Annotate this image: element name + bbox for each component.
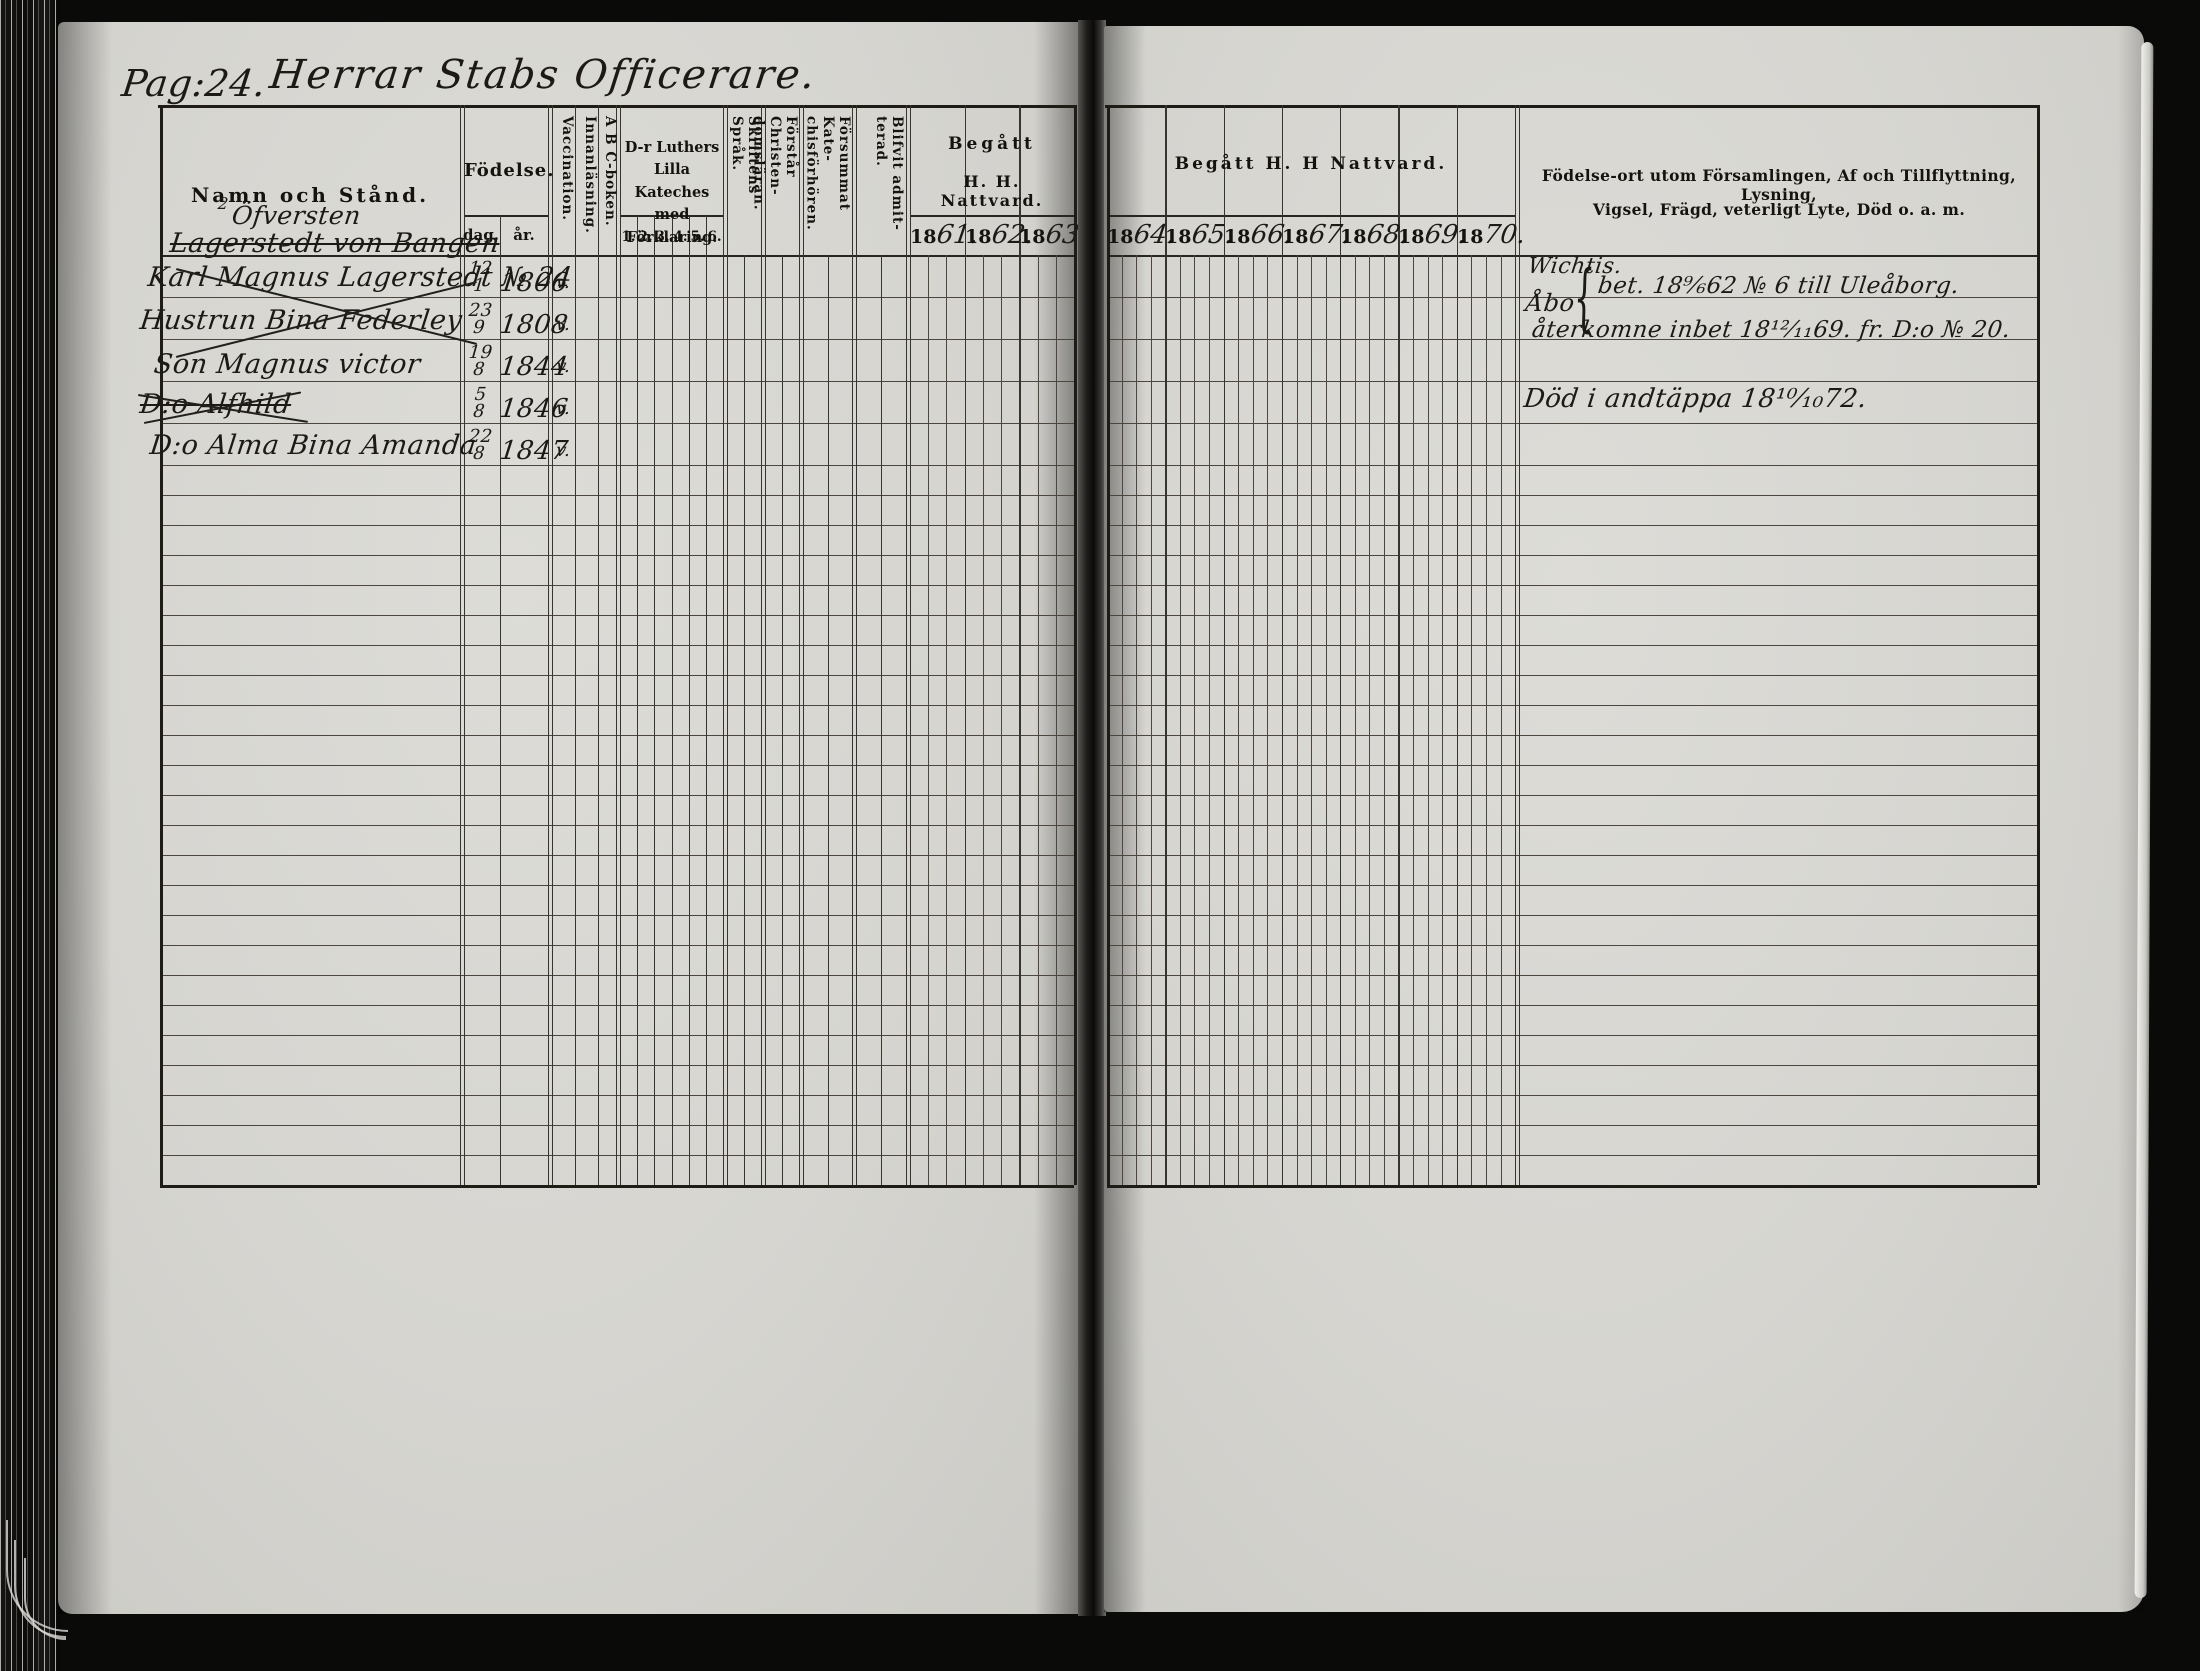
grid-line xyxy=(1107,1185,2037,1188)
year-printed-prefix: 18 xyxy=(1165,226,1191,248)
grid-line xyxy=(1194,255,1195,1185)
grid-line xyxy=(928,255,929,1185)
grid-line xyxy=(1501,255,1502,1185)
grid-line xyxy=(1326,255,1327,1185)
birth-day-fraction: 121 xyxy=(461,260,500,294)
right-page: Begått H. H Nattvard. 1864. 1865. 1866. … xyxy=(1104,26,2144,1612)
grid-line xyxy=(1056,255,1057,1185)
birth-month: 9 xyxy=(473,319,486,336)
year-handwritten-suffix: 70. xyxy=(1482,220,1528,250)
grid-line xyxy=(1369,255,1370,1185)
grid-line xyxy=(1486,255,1487,1185)
grid-line xyxy=(1311,255,1312,1185)
grid-line xyxy=(1457,105,1458,1185)
grid-line xyxy=(946,255,947,1185)
grid-line xyxy=(828,255,829,1185)
grid-line xyxy=(761,105,762,1185)
grid-line xyxy=(1180,255,1181,1185)
grid-line xyxy=(1038,255,1039,1185)
book-binding-edge xyxy=(0,0,60,1671)
column-header-understands-christianity: Förstår Christen-domsläran. xyxy=(766,116,799,254)
column-header-abc-book: A B C-boken. xyxy=(600,116,618,254)
grid-line xyxy=(1297,255,1298,1185)
grid-line xyxy=(765,105,766,1185)
grid-line xyxy=(598,105,599,1185)
birth-month: 8 xyxy=(473,403,486,420)
grid-line xyxy=(1471,255,1472,1185)
column-header-admitted: Blifvit admit-terad. xyxy=(858,116,905,254)
grid-line xyxy=(1107,915,2037,916)
grid-line xyxy=(689,215,690,1185)
grid-line xyxy=(1282,105,1283,1185)
vaccination-mark: v. xyxy=(555,440,572,461)
grid-line xyxy=(2037,105,2040,1185)
column-header-birth-year: år. xyxy=(500,226,548,244)
birth-day-fraction: 198 xyxy=(461,344,500,378)
communion-header-line1: Begått xyxy=(910,134,1074,154)
grid-line xyxy=(1122,255,1123,1185)
grid-line xyxy=(1107,795,2037,796)
grid-line xyxy=(1209,255,1210,1185)
catechism-subcol-2: 2. xyxy=(637,229,654,245)
communion-year-cell: 1863. xyxy=(1019,220,1074,250)
entry-title-line: Öfversten xyxy=(230,201,362,230)
grid-line xyxy=(1107,855,2037,856)
birth-day-fraction: 228 xyxy=(461,428,500,462)
grid-line xyxy=(727,105,728,1185)
vaccination-mark: v. xyxy=(555,398,572,419)
grid-line xyxy=(1107,615,2037,616)
grid-line xyxy=(654,215,655,1185)
communion-year-cell: 1865. xyxy=(1165,220,1223,250)
communion-year-cell: 1868. xyxy=(1340,220,1398,250)
grid-line xyxy=(637,215,638,1185)
grid-line xyxy=(1107,735,2037,736)
grid-line xyxy=(852,105,853,1185)
grid-line xyxy=(1107,885,2037,886)
grid-line xyxy=(1355,255,1356,1185)
grid-line xyxy=(1238,255,1239,1185)
year-printed-prefix: 18 xyxy=(1224,226,1250,248)
grid-line xyxy=(160,1185,1074,1188)
grid-line xyxy=(1107,1035,2037,1036)
year-printed-prefix: 18 xyxy=(1398,226,1424,248)
communion-year-cell: 1862. xyxy=(965,220,1020,250)
left-page: Pag:24. Herrar Stabs Officerare. Namn oc… xyxy=(58,22,1080,1614)
communion-header-right: Begått H. H Nattvard. xyxy=(1107,154,1515,174)
grid-line xyxy=(1107,675,2037,676)
grid-line xyxy=(965,105,966,1185)
note-returned-line: återkomne inbet 18¹²⁄₁₁69. fr. D:o № 20. xyxy=(1530,317,2012,343)
vaccination-mark: v. xyxy=(555,356,572,377)
vaccination-mark: v. xyxy=(555,272,572,293)
grid-line xyxy=(1107,525,2037,526)
grid-line xyxy=(1165,105,1166,1185)
grid-line xyxy=(910,215,1074,217)
communion-year-cell: 1864. xyxy=(1107,220,1165,250)
grid-line xyxy=(1107,381,2037,382)
grid-line xyxy=(1107,465,2037,466)
catechism-subcol-4: 4. xyxy=(672,229,689,245)
grid-line xyxy=(1442,255,1443,1185)
note-moved-from: Åbo xyxy=(1524,289,1576,317)
grid-line xyxy=(1107,1005,2037,1006)
grid-line xyxy=(1398,105,1399,1185)
grid-line xyxy=(1107,705,2037,706)
grid-line xyxy=(1267,255,1268,1185)
grid-line xyxy=(672,215,673,1185)
year-printed-prefix: 18 xyxy=(910,226,936,248)
entry-name: Hustrun Bina Federley xyxy=(138,305,464,336)
year-printed-prefix: 18 xyxy=(1457,226,1483,248)
column-header-birth: Födelse. xyxy=(464,160,550,181)
grid-line xyxy=(1107,215,1515,217)
grid-line xyxy=(1515,105,1516,1185)
grid-line xyxy=(1136,255,1137,1185)
communion-year-cell: 1869. xyxy=(1398,220,1456,250)
grid-line xyxy=(1019,105,1020,1185)
grid-line xyxy=(1001,255,1002,1185)
grid-line xyxy=(906,105,907,1185)
grid-line xyxy=(1428,255,1429,1185)
grid-line xyxy=(744,255,745,1185)
birth-month: 1 xyxy=(473,277,486,294)
entry-name-struck: Lagerstedt von Bangen xyxy=(168,228,501,259)
birth-day-fraction: 239 xyxy=(461,302,500,336)
right-table-grid xyxy=(1104,26,2144,1612)
grid-line xyxy=(575,105,576,1185)
vaccination-mark: v. xyxy=(555,314,572,335)
grid-line xyxy=(856,105,857,1185)
communion-header-line2: H. H. Nattvard. xyxy=(910,172,1074,210)
grid-line xyxy=(1074,105,1077,1185)
communion-year-cell: 1867. xyxy=(1282,220,1340,250)
grid-line xyxy=(910,105,911,1185)
grid-line xyxy=(1107,975,2037,976)
grid-line xyxy=(464,215,548,217)
grid-line xyxy=(1107,585,2037,586)
communion-year-cell: 1866. xyxy=(1224,220,1282,250)
catechism-subcol-5: 5. xyxy=(689,229,706,245)
grid-line xyxy=(1384,255,1385,1185)
grid-line xyxy=(1107,1155,2037,1156)
birth-day-fraction: 58 xyxy=(461,386,500,420)
grid-line xyxy=(983,255,984,1185)
grid-line xyxy=(1107,765,2037,766)
note-moved-line: bet. 18⁹⁄₆62 № 6 till Uleåborg. xyxy=(1596,273,1960,299)
grid-line xyxy=(881,255,882,1185)
catechism-subcol-6: 6. xyxy=(706,229,723,245)
grid-line xyxy=(706,215,707,1185)
year-printed-prefix: 18 xyxy=(1282,226,1308,248)
notes-column-header-line1: Födelse-ort utom Församlingen, Af och Ti… xyxy=(1529,166,2029,204)
year-printed-prefix: 18 xyxy=(965,226,991,248)
grid-line xyxy=(723,105,724,1185)
year-printed-prefix: 18 xyxy=(1019,226,1045,248)
grid-line xyxy=(1253,255,1254,1185)
column-header-reading: Innanläsning. xyxy=(577,116,598,254)
column-header-vaccination: Vaccination. xyxy=(554,116,575,254)
grid-line xyxy=(1107,825,2037,826)
communion-year-cell: 1870. xyxy=(1457,220,1515,250)
column-header-missed-examinations: Försummat Kate-chisförhören. xyxy=(805,116,852,254)
entry-name: D:o Alma Bina Amanda xyxy=(148,430,478,461)
catechism-subcol-1: 1. xyxy=(620,229,637,245)
grid-line xyxy=(1107,555,2037,556)
notes-column-header-line2: Vigsel, Frägd, veterligt Lyte, Död o. a.… xyxy=(1529,200,2029,219)
grid-line xyxy=(1107,105,1110,1185)
grid-line xyxy=(1107,423,2037,424)
grid-line xyxy=(1107,1095,2037,1096)
year-printed-prefix: 18 xyxy=(1340,226,1366,248)
grid-line xyxy=(799,105,800,1185)
grid-line xyxy=(1105,105,2039,108)
grid-line xyxy=(1107,495,2037,496)
grid-line xyxy=(620,105,621,1185)
note-death: Död i andtäppa 18¹⁰⁄₁₀72. xyxy=(1522,384,1869,414)
grid-line xyxy=(1107,645,2037,646)
grid-line xyxy=(1107,1065,2037,1066)
birth-month: 8 xyxy=(473,445,486,462)
left-table-grid xyxy=(58,22,1080,1614)
grid-line xyxy=(1340,105,1341,1185)
grid-line xyxy=(782,255,783,1185)
grid-line xyxy=(803,105,804,1185)
grid-line xyxy=(1224,105,1225,1185)
communion-year-cell: 1861. xyxy=(910,220,965,250)
birth-month: 8 xyxy=(473,361,486,378)
catechism-subcol-3: 3. xyxy=(654,229,671,245)
entry-footnote-mark: 2 xyxy=(217,194,230,213)
year-printed-prefix: 18 xyxy=(1107,226,1133,248)
scanned-book-spread: Pag:24. Herrar Stabs Officerare. Namn oc… xyxy=(0,0,2200,1671)
grid-line xyxy=(1519,105,1520,1185)
grid-line xyxy=(1107,1125,2037,1126)
grid-line xyxy=(1151,255,1152,1185)
grid-line xyxy=(1413,255,1414,1185)
grid-line xyxy=(616,105,617,1185)
grid-line xyxy=(1107,945,2037,946)
book-gutter xyxy=(1078,20,1106,1616)
